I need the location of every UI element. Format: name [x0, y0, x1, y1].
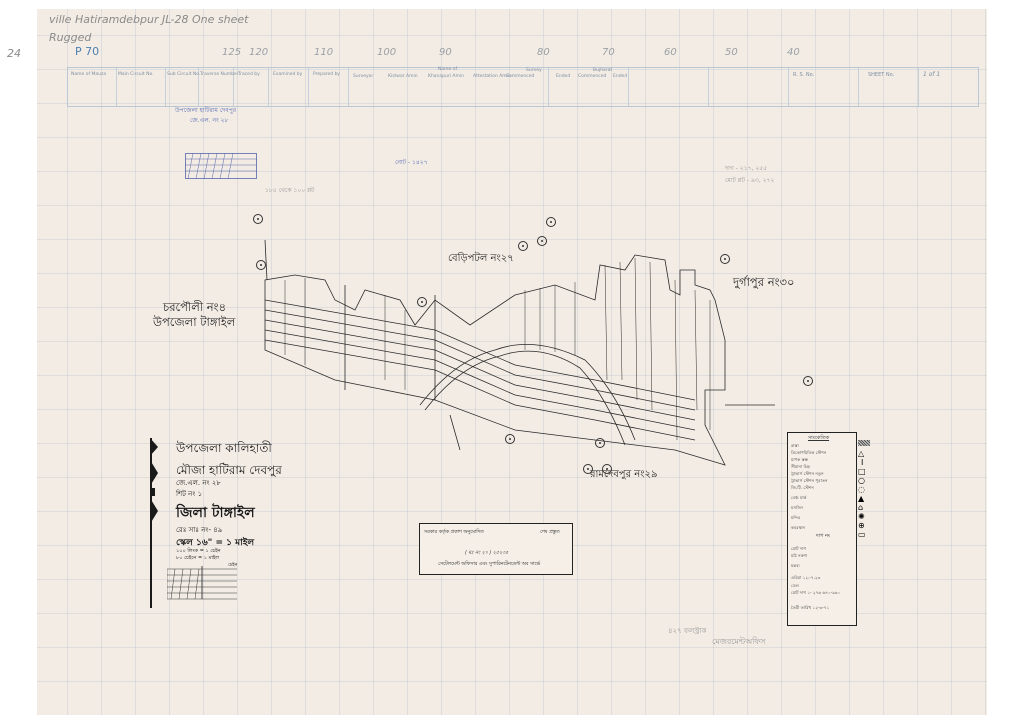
legend-subtitle: দাগ নং — [816, 533, 830, 541]
traverse-station-icon — [537, 236, 547, 246]
header-col: Survey — [526, 68, 542, 73]
header-col: Examined by — [273, 72, 302, 77]
temple-icon: ⊕ — [858, 521, 865, 530]
pillar-icon: I — [861, 458, 863, 467]
header-col: Traverse Number — [200, 72, 239, 77]
traverse-station-icon — [720, 254, 730, 264]
header-col: Prepared by — [313, 72, 340, 77]
pencil-note: নোট - ১৪২৭ — [395, 157, 428, 168]
header-col: Sub Circuit No. — [167, 72, 200, 77]
traverse-station-icon — [595, 438, 605, 448]
traverse-new-icon: ○ — [858, 476, 865, 485]
map-legend: সাংকেতিক রাস্তা ত্রিকোণমিতিক স্টেশন মাপক… — [787, 432, 857, 626]
legend-item: কবরস্থান — [791, 525, 805, 532]
top-pencil-note-2: Rugged — [49, 31, 91, 44]
scale-number: 40 — [787, 47, 800, 58]
pencil-note: মোট প্লট - ৯৩, ২৭২ — [725, 175, 774, 186]
hatched-box-icon — [185, 153, 257, 179]
header-col: Main Circuit No. — [118, 72, 154, 77]
scale-number: 100 — [377, 47, 396, 58]
legend-item: মাপক স্তম্ভ — [791, 457, 808, 464]
scale-number: 125 — [222, 47, 241, 58]
legend-note: মোট দাগ — [791, 546, 806, 553]
legend-item: ট্রাভার্স স্টেশন পুরাতন — [791, 478, 827, 485]
traverse-old-icon: ◌ — [858, 485, 865, 494]
legend-note: মন্তব্য — [791, 563, 800, 570]
graveyard-icon: ▭ — [858, 530, 866, 539]
header-col: Traced by — [238, 72, 260, 77]
header-col: Commenced — [506, 74, 534, 79]
bottom-pencil-note: মেজরমেন্টঅফিস — [712, 636, 766, 649]
mouza-parcel-map — [255, 240, 785, 470]
traverse-station-icon — [518, 241, 528, 251]
rs-no-label: R. S. No. — [793, 72, 814, 78]
legend-item: মন্দির — [791, 515, 800, 522]
plate-number: P 70 — [75, 45, 99, 58]
scale-number: 120 — [249, 47, 268, 58]
gt-station-icon: ▲ — [858, 494, 864, 503]
legend-item: মসজিদ — [791, 505, 803, 512]
sheet-number: শিট নং ১ — [176, 488, 202, 500]
legend-note: মোট দাগ ১- ২৭৬ ৬৪০-৯৬০ — [791, 590, 840, 597]
header-col: Ended — [613, 74, 627, 79]
survey-header-table: Name of Mauza Main Circuit No. Sub Circu… — [67, 67, 979, 107]
stamp-line-1: সরকার কর্তৃক প্রকাশ অনুমোদিত — [424, 529, 484, 537]
traverse-station-icon — [256, 260, 266, 270]
scale-number: 60 — [664, 47, 677, 58]
legend-item: সীমানা চিহ্ন — [791, 464, 810, 471]
legend-item: ট্রাভার্স স্টেশন নতুন — [791, 471, 824, 478]
legend-item: বেঞ্চ মার্ক — [791, 495, 807, 502]
scale-number: 80 — [537, 47, 550, 58]
header-col: Ended — [556, 74, 570, 79]
sheet-no-value: 1 of 1 — [923, 71, 940, 78]
stamp-line-3: সেটেলমেন্ট অফিসার এবং সুপারিনটেনডেন্ট অব… — [438, 561, 540, 569]
header-col: Name of — [438, 67, 457, 72]
scale-number: 90 — [439, 47, 452, 58]
legend-item: জি.টি. স্টেশন — [791, 485, 814, 492]
legend-note: তৈরী তারিখ ১২-৩-৭১ — [791, 605, 829, 612]
label-east-neighbor: দুর্গাপুর নং৩০ — [733, 274, 794, 293]
label-south-neighbor: রামদেবপুর নং২৯ — [590, 467, 658, 484]
district-title: জিলা টাঙ্গাইল — [176, 501, 255, 525]
upazila-title: উপজেলা কালিহাতী — [176, 440, 272, 460]
header-col: Khanapuri Amin — [428, 74, 464, 79]
header-col: Commenced — [578, 74, 606, 79]
bottom-pencil-note: ৪২৭ ফলস্ট্রাক — [668, 625, 706, 637]
scale-note-2: ৮০ চেইনে = ১ মাইল — [176, 555, 219, 563]
legend-item: রাস্তা — [791, 443, 799, 450]
scale-bar-icon — [167, 566, 237, 602]
stamp-line-1-right: শেষ প্রস্তুত — [540, 529, 560, 537]
scale-number: 50 — [725, 47, 738, 58]
road-symbol-icon — [858, 440, 870, 446]
legend-title: সাংকেতিক — [808, 435, 829, 443]
header-col: Surveyor — [353, 74, 373, 79]
traverse-station-icon — [417, 297, 427, 307]
traverse-station-icon — [253, 214, 263, 224]
scale-number: 70 — [602, 47, 615, 58]
pencil-note: দাগ - ২১৭, ২৫৫ — [725, 163, 767, 174]
top-pencil-note: ville Hatiramdebpur JL-28 One sheet — [49, 13, 248, 26]
mosque-icon: ✺ — [858, 512, 865, 521]
legend-item: ত্রিকোণমিতিক স্টেশন — [791, 450, 826, 457]
traverse-station-icon — [505, 434, 515, 444]
traverse-station-icon — [546, 217, 556, 227]
pencil-note: ১৮৫ থেকে ১০০ প্লট — [265, 185, 314, 196]
legend-note: এরিয়া ১২০৭.২৩ — [791, 575, 820, 582]
stamp-line-2: ( মঃ নং ২৭ ) ২৫২৩৫ — [465, 550, 508, 558]
side-mark: 24 — [7, 47, 21, 60]
legend-note: মাঠ নকশা — [791, 553, 807, 560]
benchmark-icon: ⌂ — [858, 503, 863, 512]
label-north-neighbor: বেড়িপটল নং২৭ — [448, 251, 514, 268]
triangulation-icon: △ — [858, 449, 864, 458]
traverse-station-icon — [803, 376, 813, 386]
boundary-mark-icon: □ — [858, 467, 866, 476]
header-col: Name of Mauza — [71, 72, 106, 77]
sheet-no-label: SHEET No. — [868, 72, 894, 78]
pencil-note: জে.এল. নং ২৮ — [190, 115, 228, 126]
legend-note: ডেল — [791, 583, 799, 590]
header-col: Kistwar Amin — [388, 74, 418, 79]
header-col: Bujharat — [593, 68, 612, 73]
scale-number: 110 — [314, 47, 333, 58]
scale-bar-label: চেইন — [228, 562, 237, 569]
label-west-upazila: উপজেলা টাঙ্গাইল — [153, 314, 235, 333]
approval-stamp: সরকার কর্তৃক প্রকাশ অনুমোদিত শেষ প্রস্তু… — [419, 523, 573, 575]
